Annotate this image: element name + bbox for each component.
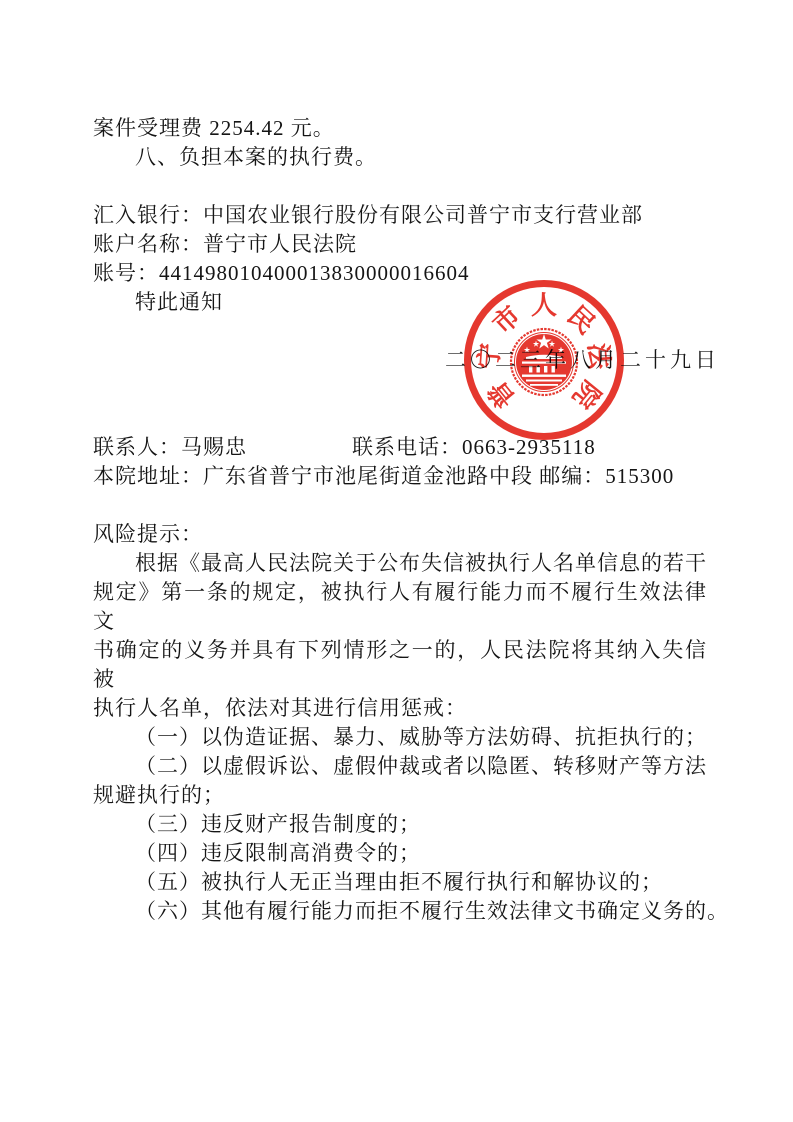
risk-paragraph-line: 根据《最高人民法院关于公布失信被执行人名单信息的若干 [93,549,707,578]
seal-char: 宁 [474,342,505,370]
risk-item: （五）被执行人无正当理由拒不履行执行和解协议的； [93,868,707,897]
fee-line: 案件受理费 2254.42 元。 [93,114,707,143]
document-page: 案件受理费 2254.42 元。 八、负担本案的执行费。 汇入银行：中国农业银行… [0,0,793,1122]
risk-item: （四）违反限制高消费令的； [93,839,707,868]
account-name-line: 账户名称：普宁市人民法院 [93,230,707,259]
risk-paragraph-line: 书确定的义务并具有下列情形之一的，人民法院将其纳入失信被 [93,636,707,694]
risk-item-continuation: 规避执行的； [93,781,707,810]
document-body: 案件受理费 2254.42 元。 八、负担本案的执行费。 汇入银行：中国农业银行… [93,114,707,926]
risk-paragraph-line: 执行人名单，依法对其进行信用惩戒： [93,694,707,723]
risk-paragraph-line: 规定》第一条的规定，被执行人有履行能力而不履行生效法律文 [93,578,707,636]
risk-item: （二）以虚假诉讼、虚假仲裁或者以隐匿、转移财产等方法 [93,752,707,781]
risk-title: 风险提示： [93,520,707,549]
contact-person: 联系人：马赐忠 [93,435,247,459]
seal-char: 法 [583,342,614,371]
address-line: 本院地址：广东省普宁市池尾街道金池路中段 邮编：515300 [93,462,707,491]
bank-line: 汇入银行：中国农业银行股份有限公司普宁市支行营业部 [93,201,707,230]
seal-char: 人 [531,291,557,320]
risk-item: （一）以伪造证据、暴力、威胁等方法妨碍、抗拒执行的； [93,723,707,752]
clause-eight-line: 八、负担本案的执行费。 [93,143,707,172]
national-emblem-icon [511,329,577,395]
risk-item: （六）其他有履行能力而拒不履行生效法律文书确定义务的。 [93,897,707,926]
risk-item: （三）违反财产报告制度的； [93,810,707,839]
court-seal: 普 宁 市 人 民 法 院 [460,276,628,444]
